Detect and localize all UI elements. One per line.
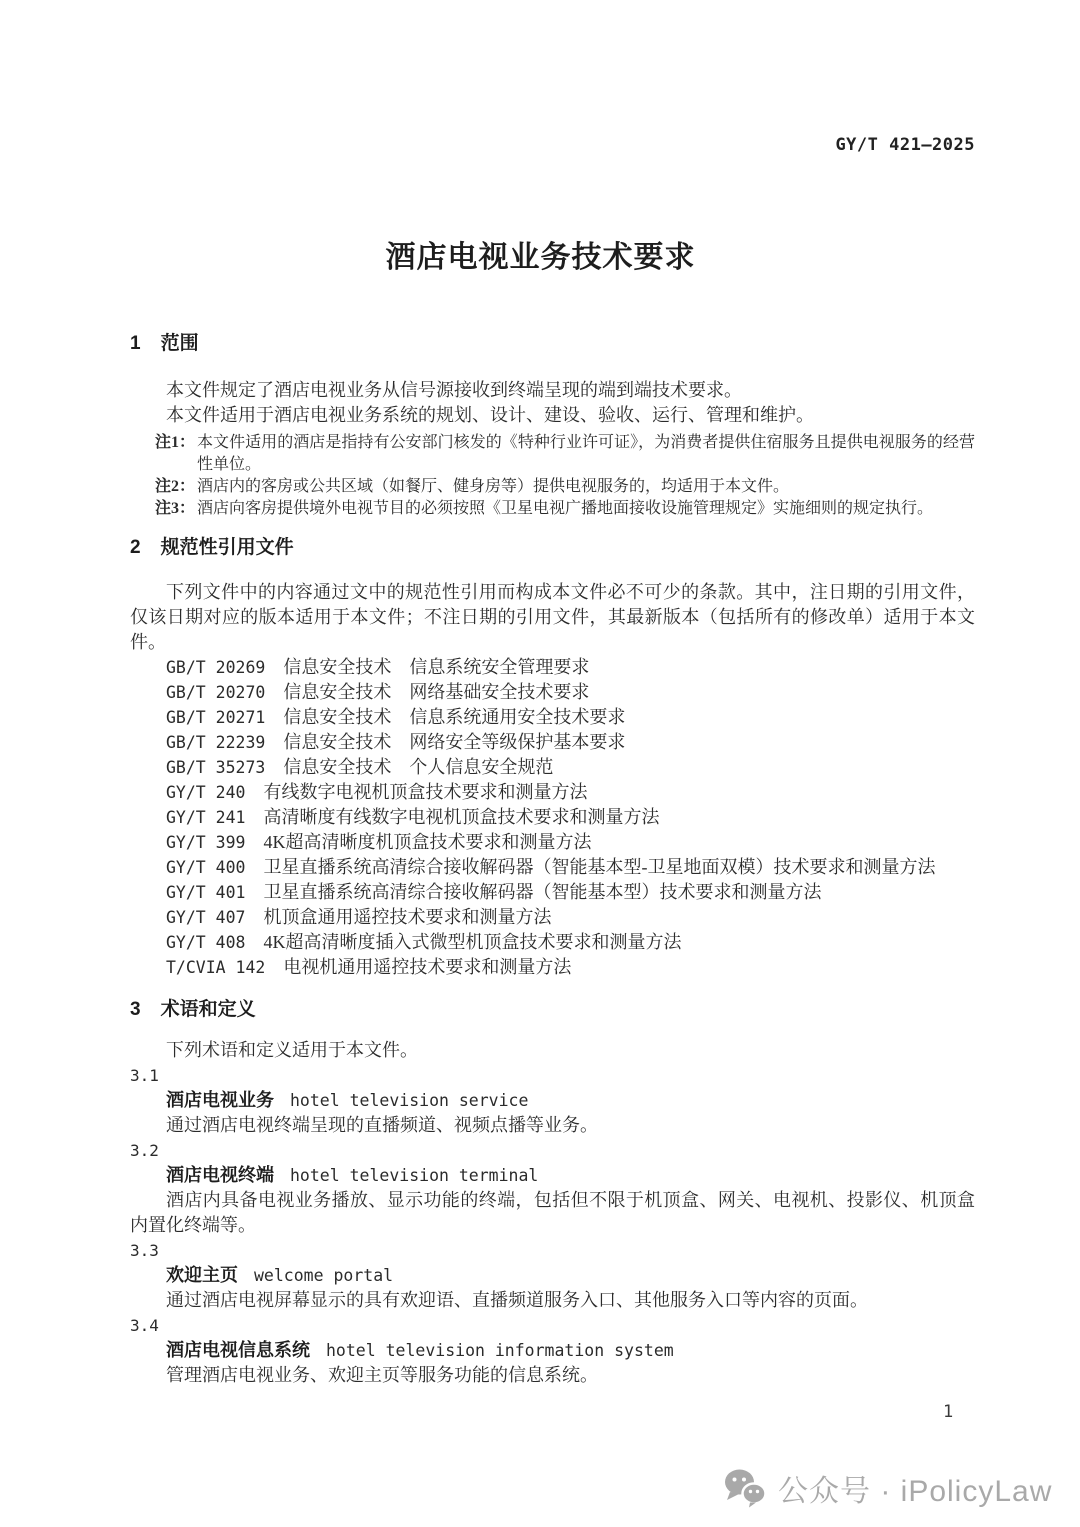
reference-code: GY/T 400	[166, 858, 245, 877]
reference-title: 电视机通用遥控技术要求和测量方法	[283, 957, 571, 977]
scope-paragraph-1: 本文件规定了酒店电视业务从信号源接收到终端呈现的端到端技术要求。	[130, 378, 975, 403]
reference-item: GB/T 35273信息安全技术 个人信息安全规范	[130, 755, 975, 780]
reference-title: 4K超高清晰度插入式微型机顶盒技术要求和测量方法	[263, 932, 681, 952]
term-definition: 通过酒店电视终端呈现的直播频道、视频点播等业务。	[130, 1113, 975, 1138]
doc-code: GY/T 421—2025	[130, 133, 975, 157]
reference-title: 高清晰度有线数字电视机顶盒技术要求和测量方法	[263, 807, 659, 827]
reference-item: GY/T 401卫星直播系统高清综合接收解码器（智能基本型）技术要求和测量方法	[130, 880, 975, 905]
term-definition: 管理酒店电视业务、欢迎主页等服务功能的信息系统。	[130, 1363, 975, 1388]
reference-item: GY/T 400卫星直播系统高清综合接收解码器（智能基本型-卫星地面双模）技术要…	[130, 855, 975, 880]
reference-title: 卫星直播系统高清综合接收解码器（智能基本型）技术要求和测量方法	[263, 882, 821, 902]
section-title: 范围	[161, 333, 199, 354]
reference-code: GY/T 241	[166, 808, 245, 827]
term-number: 3.2	[130, 1138, 975, 1163]
section-title: 规范性引用文件	[161, 537, 294, 558]
reference-title: 机顶盒通用遥控技术要求和测量方法	[263, 907, 551, 927]
reference-item: GB/T 20270信息安全技术 网络基础安全技术要求	[130, 680, 975, 705]
term-3-4: 3.4 酒店电视信息系统hotel television information…	[130, 1313, 975, 1388]
reference-code: GY/T 399	[166, 833, 245, 852]
term-zh: 欢迎主页	[166, 1265, 238, 1285]
section-refs-heading: 2规范性引用文件	[130, 536, 975, 560]
reference-item: GY/T 3994K超高清晰度机顶盒技术要求和测量方法	[130, 830, 975, 855]
section-normative-references: 2规范性引用文件 下列文件中的内容通过文中的规范性引用而构成本文件必不可少的条款…	[130, 536, 975, 980]
term-3-1: 3.1 酒店电视业务hotel television service 通过酒店电…	[130, 1063, 975, 1138]
section-scope-heading: 1范围	[130, 332, 975, 356]
term-en: hotel television information system	[326, 1341, 674, 1360]
section-title: 术语和定义	[161, 999, 256, 1020]
reference-title: 信息安全技术 信息系统安全管理要求	[283, 657, 589, 677]
term-en: welcome portal	[254, 1266, 393, 1285]
term-name: 酒店电视终端hotel television terminal	[130, 1163, 975, 1188]
section-number: 1	[130, 333, 141, 354]
term-zh: 酒店电视信息系统	[166, 1340, 310, 1360]
reference-code: GY/T 407	[166, 908, 245, 927]
reference-item: GB/T 22239信息安全技术 网络安全等级保护基本要求	[130, 730, 975, 755]
term-name: 欢迎主页welcome portal	[130, 1263, 975, 1288]
note-2: 注2： 酒店内的客房或公共区域（如餐厅、健身房等）提供电视服务的，均适用于本文件…	[155, 476, 975, 498]
term-en: hotel television service	[290, 1091, 528, 1110]
section-number: 2	[130, 537, 141, 558]
reference-code: GB/T 35273	[166, 758, 265, 777]
reference-item: GY/T 4084K超高清晰度插入式微型机顶盒技术要求和测量方法	[130, 930, 975, 955]
term-name: 酒店电视业务hotel television service	[130, 1088, 975, 1113]
section-terms-heading: 3术语和定义	[130, 998, 975, 1022]
term-3-2: 3.2 酒店电视终端hotel television terminal 酒店内具…	[130, 1138, 975, 1238]
section-number: 3	[130, 999, 141, 1020]
reference-item: GB/T 20271信息安全技术 信息系统通用安全技术要求	[130, 705, 975, 730]
term-definition: 酒店内具备电视业务播放、显示功能的终端，包括但不限于机顶盒、网关、电视机、投影仪…	[130, 1188, 975, 1238]
reference-title: 信息安全技术 个人信息安全规范	[283, 757, 553, 777]
reference-title: 信息安全技术 信息系统通用安全技术要求	[283, 707, 625, 727]
note-text: 酒店内的客房或公共区域（如餐厅、健身房等）提供电视服务的，均适用于本文件。	[197, 476, 789, 498]
reference-item: GY/T 240有线数字电视机顶盒技术要求和测量方法	[130, 780, 975, 805]
reference-title: 卫星直播系统高清综合接收解码器（智能基本型-卫星地面双模）技术要求和测量方法	[263, 857, 935, 877]
note-3: 注3： 酒店向客房提供境外电视节目的必须按照《卫星电视广播地面接收设施管理规定》…	[155, 498, 975, 520]
term-number: 3.1	[130, 1063, 975, 1088]
note-label: 注3：	[155, 498, 195, 520]
page-title: 酒店电视业务技术要求	[118, 239, 963, 277]
reference-code: GY/T 401	[166, 883, 245, 902]
term-name: 酒店电视信息系统hotel television information sys…	[130, 1338, 975, 1363]
watermark: 公众号 · iPolicyLaw	[722, 1466, 1052, 1510]
reference-code: GB/T 20271	[166, 708, 265, 727]
term-3-3: 3.3 欢迎主页welcome portal 通过酒店电视屏幕显示的具有欢迎语、…	[130, 1238, 975, 1313]
document-page: GY/T 421—2025 酒店电视业务技术要求 1范围 本文件规定了酒店电视业…	[0, 0, 1080, 1527]
term-en: hotel television terminal	[290, 1166, 538, 1185]
reference-item: GY/T 407机顶盒通用遥控技术要求和测量方法	[130, 905, 975, 930]
term-zh: 酒店电视终端	[166, 1165, 274, 1185]
section-scope: 1范围 本文件规定了酒店电视业务从信号源接收到终端呈现的端到端技术要求。 本文件…	[130, 332, 975, 520]
note-label: 注2：	[155, 476, 195, 498]
reference-title: 4K超高清晰度机顶盒技术要求和测量方法	[263, 832, 591, 852]
reference-list: GB/T 20269信息安全技术 信息系统安全管理要求 GB/T 20270信息…	[130, 655, 975, 980]
reference-code: GB/T 20269	[166, 658, 265, 677]
reference-code: GY/T 240	[166, 783, 245, 802]
scope-paragraph-2: 本文件适用于酒店电视业务系统的规划、设计、建设、验收、运行、管理和维护。	[130, 403, 975, 428]
note-label: 注1：	[155, 432, 195, 476]
page-number: 1	[943, 1402, 953, 1422]
reference-code: GY/T 408	[166, 933, 245, 952]
reference-item: GY/T 241高清晰度有线数字电视机顶盒技术要求和测量方法	[130, 805, 975, 830]
reference-title: 有线数字电视机顶盒技术要求和测量方法	[263, 782, 587, 802]
term-number: 3.4	[130, 1313, 975, 1338]
note-text: 酒店向客房提供境外电视节目的必须按照《卫星电视广播地面接收设施管理规定》实施细则…	[197, 498, 933, 520]
reference-code: T/CVIA 142	[166, 958, 265, 977]
term-definition: 通过酒店电视屏幕显示的具有欢迎语、直播频道服务入口、其他服务入口等内容的页面。	[130, 1288, 975, 1313]
wechat-icon	[722, 1468, 768, 1508]
reference-code: GB/T 22239	[166, 733, 265, 752]
note-text: 本文件适用的酒店是指持有公安部门核发的《特种行业许可证》，为消费者提供住宿服务且…	[197, 432, 975, 476]
scope-notes: 注1： 本文件适用的酒店是指持有公安部门核发的《特种行业许可证》，为消费者提供住…	[155, 432, 975, 520]
terms-intro-paragraph: 下列术语和定义适用于本文件。	[130, 1038, 975, 1063]
reference-item: T/CVIA 142电视机通用遥控技术要求和测量方法	[130, 955, 975, 980]
reference-item: GB/T 20269信息安全技术 信息系统安全管理要求	[130, 655, 975, 680]
reference-code: GB/T 20270	[166, 683, 265, 702]
term-zh: 酒店电视业务	[166, 1090, 274, 1110]
term-number: 3.3	[130, 1238, 975, 1263]
note-1: 注1： 本文件适用的酒店是指持有公安部门核发的《特种行业许可证》，为消费者提供住…	[155, 432, 975, 476]
watermark-text: 公众号 · iPolicyLaw	[778, 1466, 1052, 1510]
refs-intro-paragraph: 下列文件中的内容通过文中的规范性引用而构成本文件必不可少的条款。其中，注日期的引…	[130, 580, 975, 655]
reference-title: 信息安全技术 网络基础安全技术要求	[283, 682, 589, 702]
reference-title: 信息安全技术 网络安全等级保护基本要求	[283, 732, 625, 752]
section-terms-definitions: 3术语和定义 下列术语和定义适用于本文件。 3.1 酒店电视业务hotel te…	[130, 998, 975, 1388]
